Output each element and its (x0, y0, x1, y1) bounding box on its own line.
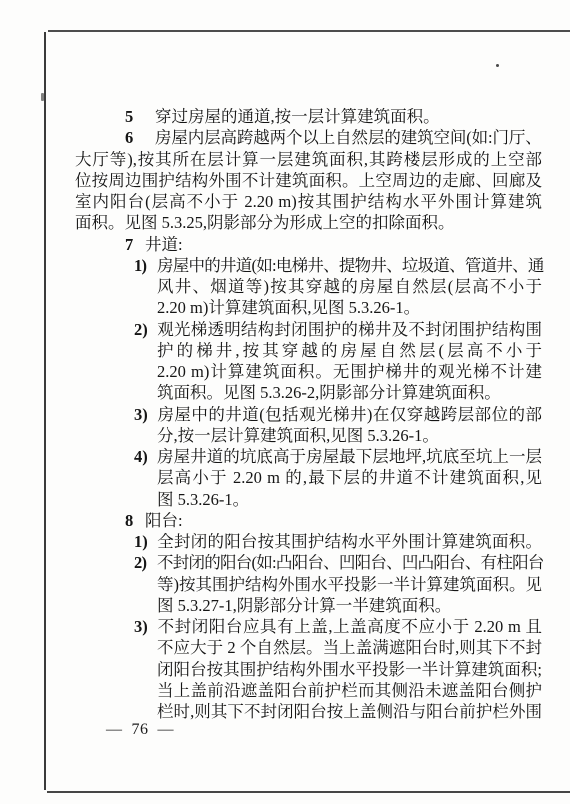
footer-dash-right: — (158, 721, 175, 739)
text-line: 室内阳台(层高不小于 2.20 m)按其围护结构水平外围计算建筑 (75, 191, 542, 212)
text-line: 护的梯井,按其穿越的房屋自然层(层高不小于 (75, 340, 542, 361)
text-line: 3)房屋中的井道(包括观光梯井)在仅穿越跨层部位的部 (75, 404, 542, 425)
scan-edge-top-line (48, 30, 570, 32)
text-line: 层高小于 2.20 m 的,最下层的井道不计建筑面积,见 (75, 467, 542, 488)
footer-page-number: 76 (132, 721, 149, 739)
text-line: 等)按其围护结构外围水平投影一半计算建筑面积。见 (75, 574, 542, 595)
item-number: 3) (134, 404, 157, 425)
text-line: 筑面积。见图 5.3.26-2,阴影部分计算建筑面积。 (75, 382, 542, 403)
text-line: 2.20 m)计算建筑面积,见图 5.3.26-1。 (75, 297, 542, 318)
text-line: 1)全封闭的阳台按其围护结构水平外围计算建筑面积。 (75, 531, 542, 552)
scan-edge-bottom-line (47, 791, 570, 793)
text-line: 不应大于 2 个自然层。当上盖满遮阳台时,则其下不封 (75, 637, 542, 658)
text-line: 风井、烟道等)按其穿越的房屋自然层(层高不小于 (75, 276, 542, 297)
scan-speck (496, 64, 499, 67)
text-line: 图 5.3.26-1。 (75, 489, 542, 510)
item-number: 4) (134, 446, 157, 467)
page-text-body: 5穿过房屋的通道,按一层计算建筑面积。6房屋内层高跨越两个以上自然层的建筑空间(… (75, 106, 542, 722)
text-line: 2.20 m)计算建筑面积。无围护梯井的观光梯不计建 (75, 361, 542, 382)
item-number: 2) (134, 319, 157, 340)
text-line: 当上盖前沿遮盖阳台前护栏而其侧沿未遮盖阳台侧护 (75, 680, 542, 701)
document-page: 5穿过房屋的通道,按一层计算建筑面积。6房屋内层高跨越两个以上自然层的建筑空间(… (0, 0, 570, 804)
text-line: 7井道: (75, 234, 542, 255)
text-line: 位按周边围护结构外围不计建筑面积。上空周边的走廊、回廊及 (75, 170, 542, 191)
scan-speck (41, 93, 44, 101)
text-line: 4)房屋井道的坑底高于房屋最下层地坪,坑底至坑上一层 (75, 446, 542, 467)
text-line: 图 5.3.27-1,阴影部分计算一半建筑面积。 (75, 595, 542, 616)
scan-edge-left-line (44, 32, 46, 790)
text-line: 闭阳台按其围护结构外围水平投影一半计算建筑面积; (75, 659, 542, 680)
footer-dash-left: — (106, 721, 123, 739)
item-number: 1) (134, 255, 157, 276)
item-number: 6 (125, 127, 155, 148)
text-line: 8阳台: (75, 510, 542, 531)
item-number: 3) (134, 616, 157, 637)
text-line: 3)不封闭阳台应具有上盖,上盖高度不应小于 2.20 m 且 (75, 616, 542, 637)
text-line: 2)观光梯透明结构封闭围护的梯井及不封闭围护结构围 (75, 319, 542, 340)
item-number: 1) (134, 531, 157, 552)
text-line: 5穿过房屋的通道,按一层计算建筑面积。 (75, 106, 542, 127)
page-number-footer: — 76 — (106, 721, 174, 739)
item-number: 2) (134, 552, 157, 573)
text-line: 面积。见图 5.3.25,阴影部分为形成上空的扣除面积。 (75, 212, 542, 233)
text-line: 栏时,则其下不封闭阳台按上盖侧沿与阳台前护栏外围 (75, 701, 542, 722)
text-line: 2)不封闭的阳台(如:凸阳台、凹阳台、凹凸阳台、有柱阳台 (75, 552, 542, 573)
item-number: 5 (125, 106, 155, 127)
item-number: 8 (125, 510, 145, 531)
text-line: 大厅等),按其所在层计算一层建筑面积,其跨楼层形成的上空部 (75, 149, 542, 170)
item-number: 7 (125, 234, 145, 255)
text-line: 1)房屋中的井道(如:电梯井、提物井、垃圾道、管道井、通 (75, 255, 542, 276)
text-line: 6房屋内层高跨越两个以上自然层的建筑空间(如:门厅、 (75, 127, 542, 148)
text-line: 分,按一层计算建筑面积,见图 5.3.26-1。 (75, 425, 542, 446)
